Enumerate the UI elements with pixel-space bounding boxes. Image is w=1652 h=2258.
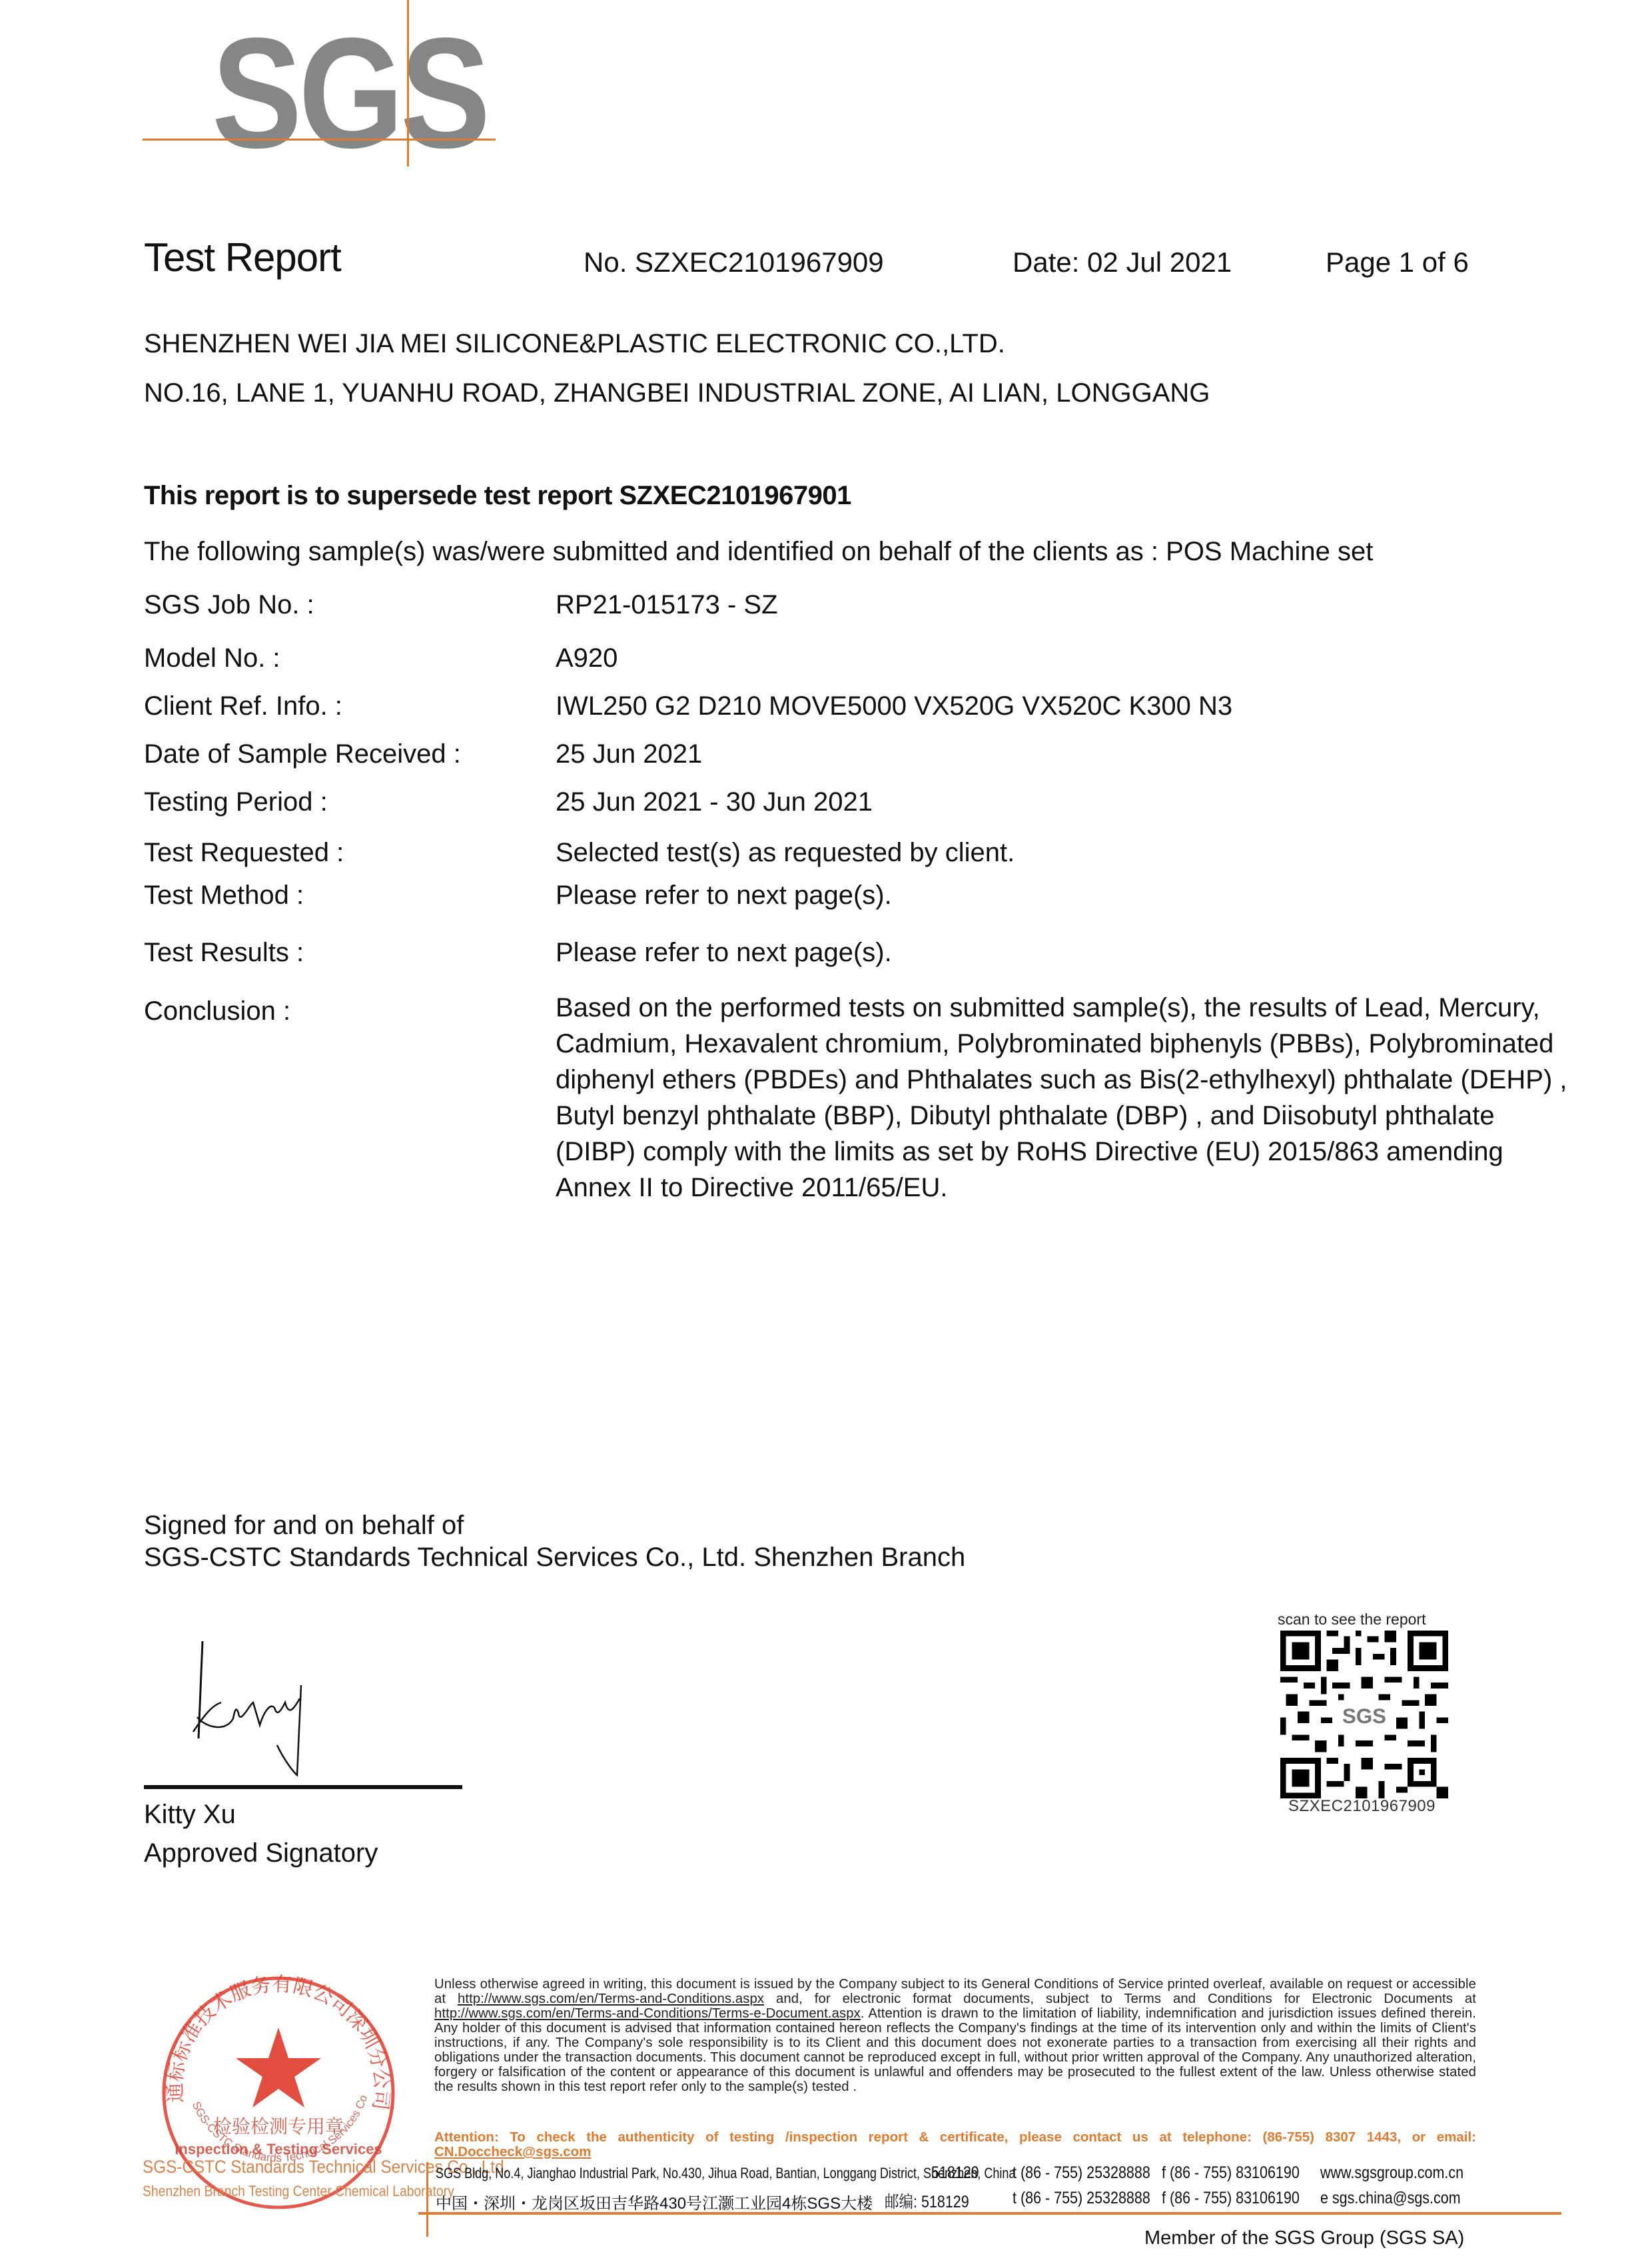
field-label: Model No. :: [144, 643, 280, 673]
fax: f (86 - 755) 83106190: [1162, 2189, 1300, 2208]
terms-link[interactable]: http://www.sgs.com/en/Terms-and-Conditio…: [458, 1992, 764, 2006]
e-terms-link[interactable]: http://www.sgs.com/en/Terms-and-Conditio…: [434, 2006, 861, 2021]
field-label: SGS Job No. :: [144, 590, 314, 620]
report-number: No. SZXEC2101967909: [584, 246, 884, 278]
legal-disclaimer: Unless otherwise agreed in writing, this…: [434, 1977, 1476, 2094]
sgs-logo: SGS: [212, 15, 487, 172]
qr-center-logo: SGS: [1342, 1704, 1386, 1728]
field-label: Client Ref. Info. :: [144, 691, 342, 721]
qr-caption: scan to see the report: [1278, 1611, 1426, 1629]
authenticity-notice: Attention: To check the authenticity of …: [434, 2130, 1476, 2159]
contact-email-link[interactable]: e sgs.china@sgs.com: [1320, 2189, 1461, 2208]
field-value: A920: [556, 643, 618, 673]
signed-for-label: Signed for and on behalf of: [144, 1511, 464, 1541]
field-value: 25 Jun 2021 - 30 Jun 2021: [556, 787, 873, 817]
fax: f (86 - 755) 83106190: [1162, 2163, 1300, 2183]
sgs-membership: Member of the SGS Group (SGS SA): [1144, 2227, 1464, 2249]
sample-intro: The following sample(s) was/were submitt…: [144, 537, 1373, 567]
signatory-title: Approved Signatory: [144, 1838, 378, 1868]
field-value: RP21-015173 - SZ: [556, 590, 778, 620]
page-indicator: Page 1 of 6: [1326, 246, 1469, 278]
field-value: Please refer to next page(s).: [556, 881, 892, 911]
official-seal-stamp: 通标标准技术服务有限公司深圳分公司 检验检测专用章 Inspection & T…: [152, 1966, 405, 2219]
logo-rule-vertical: [407, 0, 409, 167]
qr-code-icon[interactable]: SGS: [1280, 1631, 1448, 1798]
conclusion-label: Conclusion :: [144, 996, 290, 1026]
doccheck-email-link[interactable]: CN.Doccheck@sgs.com: [434, 2144, 591, 2159]
qr-report-id: SZXEC2101967909: [1288, 1797, 1436, 1816]
field-value: Please refer to next page(s).: [556, 938, 892, 968]
report-date: Date: 02 Jul 2021: [1013, 246, 1232, 278]
postcode-en: 518129: [931, 2163, 979, 2183]
field-label: Test Requested :: [144, 838, 344, 868]
field-value: IWL250 G2 D210 MOVE5000 VX520G VX520C K3…: [556, 691, 1232, 721]
client-address: NO.16, LANE 1, YUANHU ROAD, ZHANGBEI IND…: [144, 378, 1210, 408]
stamp-star-icon: [236, 2028, 321, 2107]
handwritten-signature: [160, 1639, 360, 1785]
field-label: Test Method :: [144, 881, 304, 911]
field-label: Testing Period :: [144, 787, 328, 817]
field-label: Test Results :: [144, 938, 304, 968]
conclusion-text: Based on the performed tests on submitte…: [556, 990, 1581, 1206]
address-chinese: 中国・深圳・龙岗区坂田吉华路430号江灏工业园4栋SGS大楼: [436, 2190, 873, 2213]
document-title: Test Report: [144, 234, 341, 280]
lab-name-line2: Shenzhen Branch Testing Center Chemical …: [143, 2183, 454, 2200]
postcode-cn: 邮编: 518129: [885, 2189, 969, 2213]
logo-rule-horizontal: [143, 139, 496, 141]
footer-rule-horizontal: [418, 2212, 1561, 2215]
signature-line: [144, 1785, 462, 1789]
stamp-center-cn: 检验检测专用章: [213, 2115, 344, 2137]
field-label: Date of Sample Received :: [144, 739, 461, 769]
client-name: SHENZHEN WEI JIA MEI SILICONE&PLASTIC EL…: [144, 329, 1005, 359]
field-value: Selected test(s) as requested by client.: [556, 838, 1015, 868]
supersede-note: This report is to supersede test report …: [144, 481, 851, 511]
field-value: 25 Jun 2021: [556, 739, 702, 769]
website-link[interactable]: www.sgsgroup.com.cn: [1320, 2163, 1463, 2183]
signing-organization: SGS-CSTC Standards Technical Services Co…: [144, 1543, 965, 1573]
address-english: SGS Bldg, No.4, Jianghao Industrial Park…: [436, 2165, 1015, 2182]
phone: t (86 - 755) 25328888: [1013, 2163, 1150, 2183]
footer-rule-vertical: [426, 2162, 428, 2237]
signatory-name: Kitty Xu: [144, 1800, 236, 1830]
phone: t (86 - 755) 25328888: [1013, 2189, 1150, 2208]
